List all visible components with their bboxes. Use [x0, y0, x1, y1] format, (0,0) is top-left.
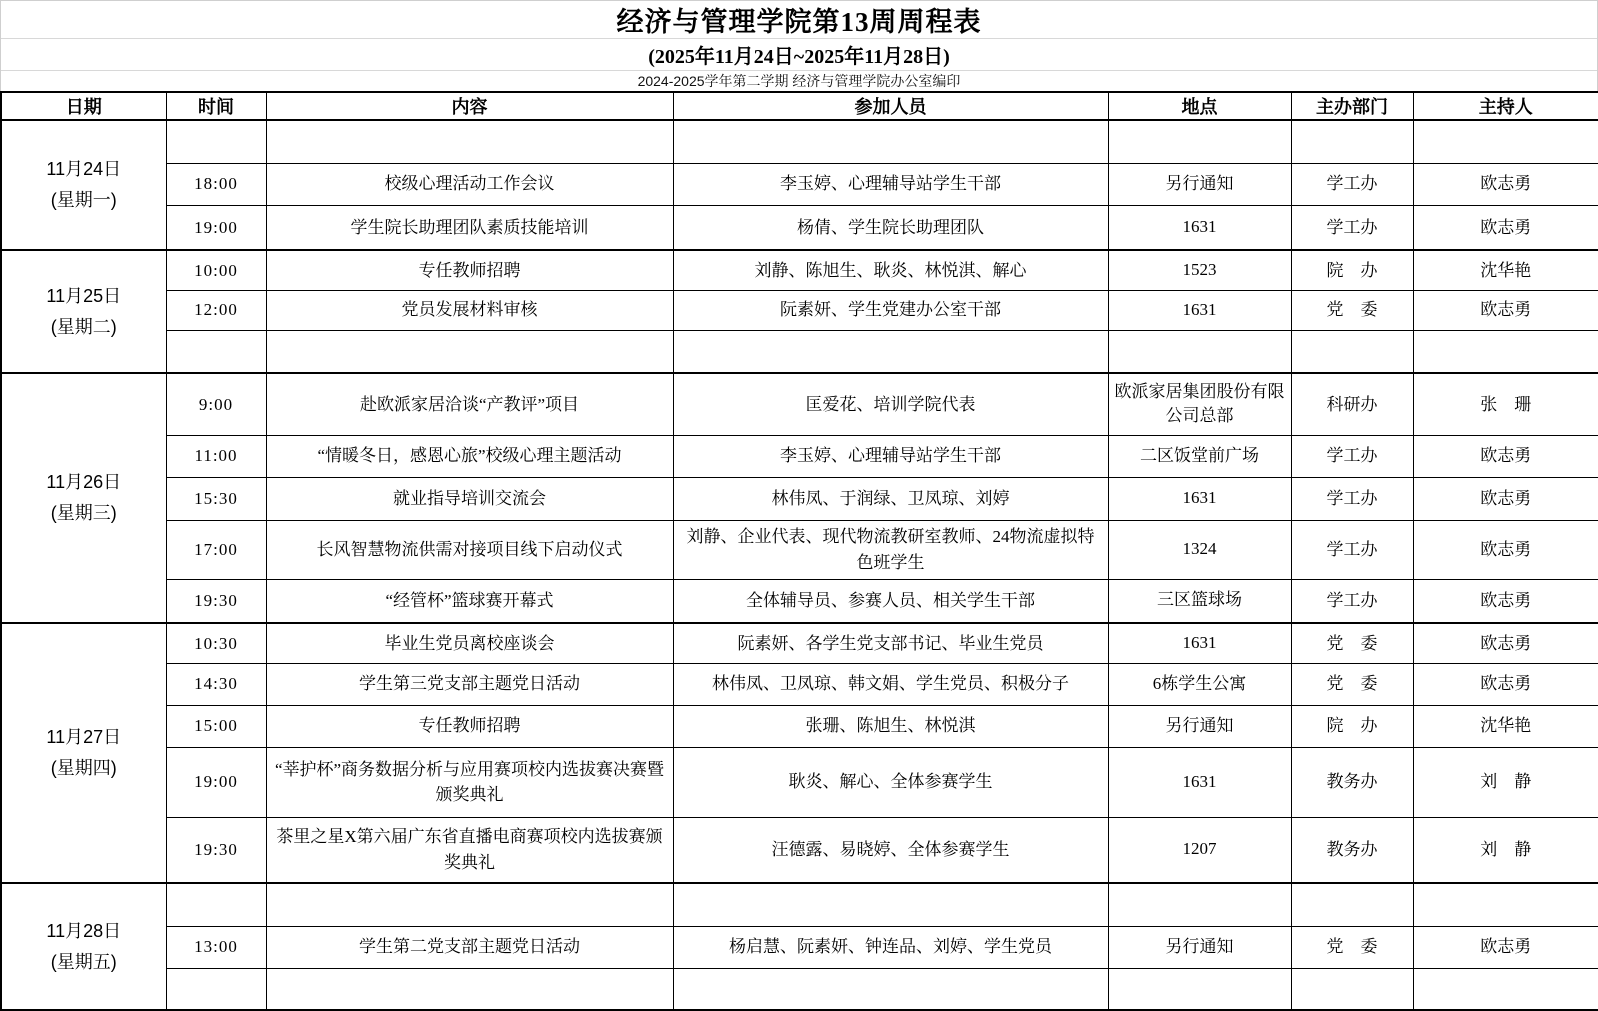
- participants-cell: 李玉婷、心理辅导站学生干部: [673, 435, 1108, 477]
- participants-cell: 刘静、陈旭生、耿炎、林悦淇、解心: [673, 250, 1108, 290]
- content-cell: 毕业生党员离校座谈会: [266, 623, 673, 663]
- time-cell: 11:00: [166, 435, 266, 477]
- table-row: 15:30 就业指导培训交流会 林伟凤、于润绿、卫凤琼、刘婷 1631 学工办 …: [1, 477, 1598, 520]
- time-cell: 15:30: [166, 477, 266, 520]
- participants-cell: 阮素妍、学生党建办公室干部: [673, 290, 1108, 330]
- date-cell-thu: 11月27日 (星期四): [1, 623, 166, 883]
- table-row: 19:00 学生院长助理团队素质技能培训 杨倩、学生院长助理团队 1631 学工…: [1, 205, 1598, 250]
- content-cell: 长风智慧物流供需对接项目线下启动仪式: [266, 520, 673, 579]
- participants-cell: 刘静、企业代表、现代物流教研室教师、24物流虚拟特色班学生: [673, 520, 1108, 579]
- host-cell: 欧志勇: [1413, 926, 1598, 968]
- table-row: [1, 968, 1598, 1010]
- content-cell: [266, 883, 673, 926]
- content-cell: 茶里之星X第六届广东省直播电商赛项校内选拔赛颁奖典礼: [266, 817, 673, 883]
- table-row: 19:30 “经管杯”篮球赛开幕式 全体辅导员、参赛人员、相关学生干部 三区篮球…: [1, 579, 1598, 623]
- host-cell: [1413, 120, 1598, 163]
- location-cell: 1631: [1108, 290, 1291, 330]
- time-cell: 19:00: [166, 747, 266, 817]
- content-cell: 学生第三党支部主题党日活动: [266, 663, 673, 705]
- host-cell: [1413, 968, 1598, 1010]
- table-row: 17:00 长风智慧物流供需对接项目线下启动仪式 刘静、企业代表、现代物流教研室…: [1, 520, 1598, 579]
- date-label: 11月24日: [4, 154, 164, 185]
- time-cell: 12:00: [166, 290, 266, 330]
- host-cell: 欧志勇: [1413, 623, 1598, 663]
- content-cell: [266, 120, 673, 163]
- location-cell: 另行通知: [1108, 705, 1291, 747]
- weekday-label: (星期五): [4, 947, 164, 978]
- table-row: 19:00 “莘护杯”商务数据分析与应用赛项校内选拔赛决赛暨颁奖典礼 耿炎、解心…: [1, 747, 1598, 817]
- table-row: 11月24日 (星期一): [1, 120, 1598, 163]
- department-cell: 学工办: [1291, 477, 1413, 520]
- host-cell: 刘 静: [1413, 817, 1598, 883]
- issuer-row: 2024-2025学年第二学期 经济与管理学院办公室编印: [1, 71, 1597, 91]
- content-cell: “情暖冬日，感恩心旅”校级心理主题活动: [266, 435, 673, 477]
- department-cell: 科研办: [1291, 373, 1413, 435]
- department-cell: 学工办: [1291, 205, 1413, 250]
- table-row: 11月28日 (星期五): [1, 883, 1598, 926]
- host-cell: 刘 静: [1413, 747, 1598, 817]
- content-cell: 专任教师招聘: [266, 250, 673, 290]
- location-cell: [1108, 330, 1291, 373]
- table-row: 12:00 党员发展材料审核 阮素妍、学生党建办公室干部 1631 党 委 欧志…: [1, 290, 1598, 330]
- weekday-label: (星期四): [4, 753, 164, 784]
- participants-cell: 李玉婷、心理辅导站学生干部: [673, 163, 1108, 205]
- content-cell: [266, 330, 673, 373]
- table-row: 19:30 茶里之星X第六届广东省直播电商赛项校内选拔赛颁奖典礼 汪德露、易晓婷…: [1, 817, 1598, 883]
- department-cell: 院 办: [1291, 705, 1413, 747]
- host-cell: 沈华艳: [1413, 705, 1598, 747]
- content-cell: [266, 968, 673, 1010]
- date-cell-wed: 11月26日 (星期三): [1, 373, 166, 623]
- time-cell: [166, 330, 266, 373]
- participants-cell: [673, 330, 1108, 373]
- host-cell: 欧志勇: [1413, 520, 1598, 579]
- location-cell: 1631: [1108, 623, 1291, 663]
- department-cell: 学工办: [1291, 520, 1413, 579]
- host-cell: 张 珊: [1413, 373, 1598, 435]
- host-cell: 欧志勇: [1413, 290, 1598, 330]
- table-row: 13:00 学生第二党支部主题党日活动 杨启慧、阮素妍、钟连品、刘婷、学生党员 …: [1, 926, 1598, 968]
- time-cell: 19:00: [166, 205, 266, 250]
- content-cell: 党员发展材料审核: [266, 290, 673, 330]
- time-cell: 9:00: [166, 373, 266, 435]
- time-cell: 10:30: [166, 623, 266, 663]
- time-cell: 14:30: [166, 663, 266, 705]
- title-block: 经济与管理学院第13周周程表 (2025年11月24日~2025年11月28日)…: [0, 0, 1598, 91]
- col-header-host: 主持人: [1413, 92, 1598, 120]
- time-cell: 10:00: [166, 250, 266, 290]
- department-cell: 党 委: [1291, 663, 1413, 705]
- department-cell: [1291, 330, 1413, 373]
- department-cell: 学工办: [1291, 163, 1413, 205]
- department-cell: 学工办: [1291, 579, 1413, 623]
- time-cell: 13:00: [166, 926, 266, 968]
- department-cell: 教务办: [1291, 747, 1413, 817]
- col-header-content: 内容: [266, 92, 673, 120]
- department-cell: 教务办: [1291, 817, 1413, 883]
- participants-cell: 汪德露、易晓婷、全体参赛学生: [673, 817, 1108, 883]
- department-cell: 院 办: [1291, 250, 1413, 290]
- participants-cell: 杨倩、学生院长助理团队: [673, 205, 1108, 250]
- date-range: (2025年11月24日~2025年11月28日): [648, 40, 950, 69]
- time-cell: 17:00: [166, 520, 266, 579]
- date-label: 11月25日: [4, 281, 164, 312]
- participants-cell: 林伟凤、卫凤琼、韩文娟、学生党员、积极分子: [673, 663, 1108, 705]
- content-cell: 学生第二党支部主题党日活动: [266, 926, 673, 968]
- content-cell: 校级心理活动工作会议: [266, 163, 673, 205]
- participants-cell: 匡爱花、培训学院代表: [673, 373, 1108, 435]
- content-cell: “莘护杯”商务数据分析与应用赛项校内选拔赛决赛暨颁奖典礼: [266, 747, 673, 817]
- table-row: 18:00 校级心理活动工作会议 李玉婷、心理辅导站学生干部 另行通知 学工办 …: [1, 163, 1598, 205]
- table-row: 11月25日 (星期二) 10:00 专任教师招聘 刘静、陈旭生、耿炎、林悦淇、…: [1, 250, 1598, 290]
- department-cell: 党 委: [1291, 290, 1413, 330]
- participants-cell: 林伟凤、于润绿、卫凤琼、刘婷: [673, 477, 1108, 520]
- department-cell: [1291, 968, 1413, 1010]
- table-row: 14:30 学生第三党支部主题党日活动 林伟凤、卫凤琼、韩文娟、学生党员、积极分…: [1, 663, 1598, 705]
- department-cell: 党 委: [1291, 623, 1413, 663]
- time-cell: [166, 883, 266, 926]
- table-row: [1, 330, 1598, 373]
- date-cell-fri: 11月28日 (星期五): [1, 883, 166, 1010]
- table-row: 11月27日 (星期四) 10:30 毕业生党员离校座谈会 阮素妍、各学生党支部…: [1, 623, 1598, 663]
- issuer-line: 2024-2025学年第二学期 经济与管理学院办公室编印: [638, 71, 961, 91]
- department-cell: 学工办: [1291, 435, 1413, 477]
- date-cell-tue: 11月25日 (星期二): [1, 250, 166, 373]
- host-cell: 沈华艳: [1413, 250, 1598, 290]
- location-cell: 三区篮球场: [1108, 579, 1291, 623]
- header-row: 日期 时间 内容 参加人员 地点 主办部门 主持人: [1, 92, 1598, 120]
- date-label: 11月28日: [4, 916, 164, 947]
- location-cell: 1631: [1108, 747, 1291, 817]
- time-cell: [166, 968, 266, 1010]
- content-cell: 专任教师招聘: [266, 705, 673, 747]
- content-cell: “经管杯”篮球赛开幕式: [266, 579, 673, 623]
- host-cell: 欧志勇: [1413, 477, 1598, 520]
- location-cell: 6栋学生公寓: [1108, 663, 1291, 705]
- participants-cell: 耿炎、解心、全体参赛学生: [673, 747, 1108, 817]
- content-cell: 赴欧派家居洽谈“产教评”项目: [266, 373, 673, 435]
- content-cell: 就业指导培训交流会: [266, 477, 673, 520]
- location-cell: 另行通知: [1108, 926, 1291, 968]
- col-header-time: 时间: [166, 92, 266, 120]
- table-row: 15:00 专任教师招聘 张珊、陈旭生、林悦淇 另行通知 院 办 沈华艳: [1, 705, 1598, 747]
- col-header-date: 日期: [1, 92, 166, 120]
- col-header-participants: 参加人员: [673, 92, 1108, 120]
- location-cell: 1207: [1108, 817, 1291, 883]
- location-cell: 1324: [1108, 520, 1291, 579]
- date-label: 11月26日: [4, 467, 164, 498]
- department-cell: [1291, 883, 1413, 926]
- location-cell: 欧派家居集团股份有限公司总部: [1108, 373, 1291, 435]
- time-cell: 15:00: [166, 705, 266, 747]
- weekday-label: (星期二): [4, 312, 164, 343]
- col-header-location: 地点: [1108, 92, 1291, 120]
- weekday-label: (星期一): [4, 185, 164, 216]
- department-cell: 党 委: [1291, 926, 1413, 968]
- host-cell: 欧志勇: [1413, 435, 1598, 477]
- host-cell: 欧志勇: [1413, 579, 1598, 623]
- table-row: 11月26日 (星期三) 9:00 赴欧派家居洽谈“产教评”项目 匡爱花、培训学…: [1, 373, 1598, 435]
- date-cell-mon: 11月24日 (星期一): [1, 120, 166, 250]
- location-cell: 1631: [1108, 477, 1291, 520]
- time-cell: 18:00: [166, 163, 266, 205]
- participants-cell: 杨启慧、阮素妍、钟连品、刘婷、学生党员: [673, 926, 1108, 968]
- col-header-department: 主办部门: [1291, 92, 1413, 120]
- page-title: 经济与管理学院第13周周程表: [617, 0, 982, 39]
- host-cell: 欧志勇: [1413, 205, 1598, 250]
- host-cell: [1413, 330, 1598, 373]
- participants-cell: 张珊、陈旭生、林悦淇: [673, 705, 1108, 747]
- schedule-table: 日期 时间 内容 参加人员 地点 主办部门 主持人 11月24日 (星期一): [0, 91, 1598, 1011]
- location-cell: [1108, 968, 1291, 1010]
- location-cell: [1108, 883, 1291, 926]
- location-cell: [1108, 120, 1291, 163]
- title-row: 经济与管理学院第13周周程表: [1, 1, 1597, 39]
- location-cell: 1523: [1108, 250, 1291, 290]
- department-cell: [1291, 120, 1413, 163]
- table-row: 11:00 “情暖冬日，感恩心旅”校级心理主题活动 李玉婷、心理辅导站学生干部 …: [1, 435, 1598, 477]
- time-cell: 19:30: [166, 817, 266, 883]
- subtitle-row: (2025年11月24日~2025年11月28日): [1, 39, 1597, 71]
- host-cell: 欧志勇: [1413, 663, 1598, 705]
- date-label: 11月27日: [4, 722, 164, 753]
- host-cell: 欧志勇: [1413, 163, 1598, 205]
- location-cell: 1631: [1108, 205, 1291, 250]
- participants-cell: [673, 120, 1108, 163]
- content-cell: 学生院长助理团队素质技能培训: [266, 205, 673, 250]
- participants-cell: 全体辅导员、参赛人员、相关学生干部: [673, 579, 1108, 623]
- time-cell: 19:30: [166, 579, 266, 623]
- location-cell: 另行通知: [1108, 163, 1291, 205]
- participants-cell: 阮素妍、各学生党支部书记、毕业生党员: [673, 623, 1108, 663]
- host-cell: [1413, 883, 1598, 926]
- participants-cell: [673, 968, 1108, 1010]
- schedule-sheet: 经济与管理学院第13周周程表 (2025年11月24日~2025年11月28日)…: [0, 0, 1598, 1001]
- weekday-label: (星期三): [4, 498, 164, 529]
- time-cell: [166, 120, 266, 163]
- participants-cell: [673, 883, 1108, 926]
- location-cell: 二区饭堂前广场: [1108, 435, 1291, 477]
